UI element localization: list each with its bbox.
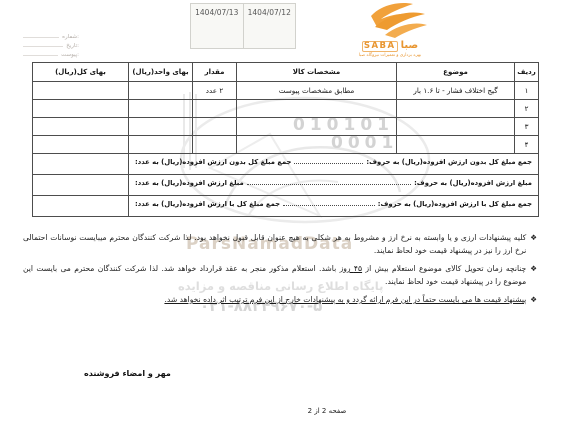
specs-cell	[237, 136, 397, 154]
subject-cell	[397, 136, 515, 154]
logo-text-farsi: صبا	[401, 41, 419, 51]
subject-cell	[397, 100, 515, 118]
header-cell-total-price: بهای کل(ریال)	[33, 63, 129, 82]
ref-label-attachment: پیوست:	[61, 53, 79, 59]
summary-words-label: جمع مبلغ کل با ارزش افزوده(ریال) به حروف…	[378, 201, 532, 208]
note-form-requirement: ❖ پیشنهاد قیمت ها می بایست حتماً در این …	[23, 293, 537, 306]
summary-line: جمع مبلغ کل با ارزش افزوده(ریال) به حروف…	[131, 201, 536, 212]
table-row: ۴	[33, 136, 539, 154]
row-number-cell: ۳	[515, 118, 539, 136]
table-header-row: ردیف موضوع مشخصات کالا مقدار بهای واحد(ر…	[33, 63, 539, 82]
diamond-bullet-icon: ❖	[530, 231, 537, 257]
summary-value-cell	[33, 175, 129, 196]
unit-price-cell	[129, 118, 193, 136]
seller-signature-label: مهر و امضاء فروشنده	[84, 369, 171, 378]
summary-labels-cell: مبلغ ارزش افزوده(ریال) به حروف: مبلغ ارز…	[129, 175, 539, 196]
ref-label-number: شماره:	[62, 35, 79, 41]
date-cell-left: 1404/07/13	[190, 3, 244, 49]
unit-price-cell	[129, 100, 193, 118]
ref-fill-line	[23, 46, 63, 47]
summary-line: جمع مبلغ کل بدون ارزش افزوده(ریال) به حر…	[131, 159, 536, 170]
date-stamp-cells: 1404/07/13 1404/07/12	[190, 3, 296, 49]
document-content: شماره: تاریخ: پیوست: 1404/07/13 1404/07/…	[0, 0, 576, 438]
table-row: ۳	[33, 118, 539, 136]
scanned-inquiry-form: 010101 0001 ParsNamadData پایگاه اطلاع ر…	[0, 0, 576, 438]
dotted-fill-line	[283, 205, 375, 206]
note-text: کلیه پیشنهادات ارزی و یا وابسته به نرخ ا…	[23, 231, 526, 257]
dotted-fill-line	[247, 184, 411, 185]
diamond-bullet-icon: ❖	[530, 293, 537, 306]
specs-cell: مطابق مشخصات پیوست	[237, 82, 397, 100]
table-row: ۱ گیج اختلاف فشار - تا ۱.۶ بار مطابق مشخ…	[33, 82, 539, 100]
summary-digits-label: جمع مبلغ کل با ارزش افزوده(ریال) به عدد:	[135, 201, 280, 208]
reference-block: شماره: تاریخ: پیوست:	[23, 31, 79, 58]
specs-cell	[237, 100, 397, 118]
logo-text-latin: SABA	[362, 41, 398, 52]
summary-row-total-with-vat: جمع مبلغ کل با ارزش افزوده(ریال) به حروف…	[33, 196, 539, 217]
note-text: چنانچه زمان تحویل کالای موضوع استعلام بی…	[23, 262, 526, 288]
summary-value-cell	[33, 196, 129, 217]
note-text-pre: چنانچه زمان تحویل کالای موضوع استعلام بی…	[362, 264, 526, 273]
summary-words-label: جمع مبلغ کل بدون ارزش افزوده(ریال) به حر…	[366, 159, 532, 166]
header-cell-specs: مشخصات کالا	[237, 63, 397, 82]
qty-cell	[193, 100, 237, 118]
unit-price-cell	[129, 136, 193, 154]
company-logo: SABA صبا بهره برداری و تعمیرات نیروگاه ص…	[341, 1, 439, 58]
logo-tagline: بهره برداری و تعمیرات نیروگاه صبا	[341, 54, 439, 58]
specs-cell	[237, 118, 397, 136]
header-cell-unit-price: بهای واحد(ریال)	[129, 63, 193, 82]
subject-cell: گیج اختلاف فشار - تا ۱.۶ بار	[397, 82, 515, 100]
ref-row-attachment: پیوست:	[23, 49, 79, 58]
qty-cell	[193, 136, 237, 154]
summary-words-label: مبلغ ارزش افزوده(ریال) به حروف:	[414, 180, 532, 187]
date-cell-right: 1404/07/12	[244, 3, 297, 49]
ref-fill-line	[23, 55, 58, 56]
row-number-cell: ۲	[515, 100, 539, 118]
table-row: ۲	[33, 100, 539, 118]
summary-row-total-without-vat: جمع مبلغ کل بدون ارزش افزوده(ریال) به حر…	[33, 154, 539, 175]
saba-logo-icon	[341, 1, 439, 39]
ref-fill-line	[23, 37, 59, 38]
note-text: پیشنهاد قیمت ها می بایست حتماً در این فر…	[23, 293, 526, 306]
pricing-table: ردیف موضوع مشخصات کالا مقدار بهای واحد(ر…	[32, 62, 539, 217]
subject-cell	[397, 118, 515, 136]
ref-label-date: تاریخ:	[66, 44, 79, 50]
note-delivery-terms: ❖ چنانچه زمان تحویل کالای موضوع استعلام …	[23, 262, 537, 288]
qty-cell	[193, 118, 237, 136]
header-cell-qty: مقدار	[193, 63, 237, 82]
diamond-bullet-icon: ❖	[530, 262, 537, 288]
summary-line: مبلغ ارزش افزوده(ریال) به حروف: مبلغ ارز…	[131, 180, 536, 191]
unit-price-cell	[129, 82, 193, 100]
row-number-cell: ۱	[515, 82, 539, 100]
row-number-cell: ۴	[515, 136, 539, 154]
header-cell-row: ردیف	[515, 63, 539, 82]
total-price-cell	[33, 82, 129, 100]
terms-notes: ❖ کلیه پیشنهادات ارزی و یا وابسته به نرخ…	[23, 231, 537, 311]
logo-wordmark: SABA صبا	[341, 41, 439, 52]
summary-labels-cell: جمع مبلغ کل با ارزش افزوده(ریال) به حروف…	[129, 196, 539, 217]
note-text-underlined: ۴۵ روز	[340, 264, 363, 273]
ref-row-date: تاریخ:	[23, 40, 79, 49]
summary-row-vat: مبلغ ارزش افزوده(ریال) به حروف: مبلغ ارز…	[33, 175, 539, 196]
header-cell-subject: موضوع	[397, 63, 515, 82]
ref-row-number: شماره:	[23, 31, 79, 40]
summary-value-cell	[33, 154, 129, 175]
summary-labels-cell: جمع مبلغ کل بدون ارزش افزوده(ریال) به حر…	[129, 154, 539, 175]
total-price-cell	[33, 136, 129, 154]
qty-cell: ۲ عدد	[193, 82, 237, 100]
total-price-cell	[33, 100, 129, 118]
dotted-fill-line	[294, 163, 363, 164]
note-currency-terms: ❖ کلیه پیشنهادات ارزی و یا وابسته به نرخ…	[23, 231, 537, 257]
summary-digits-label: مبلغ ارزش افزوده(ریال) به عدد:	[135, 180, 244, 187]
summary-digits-label: جمع مبلغ کل بدون ارزش افزوده(ریال) به عد…	[135, 159, 291, 166]
total-price-cell	[33, 118, 129, 136]
page-number: صفحه 2 از 2	[308, 407, 347, 415]
